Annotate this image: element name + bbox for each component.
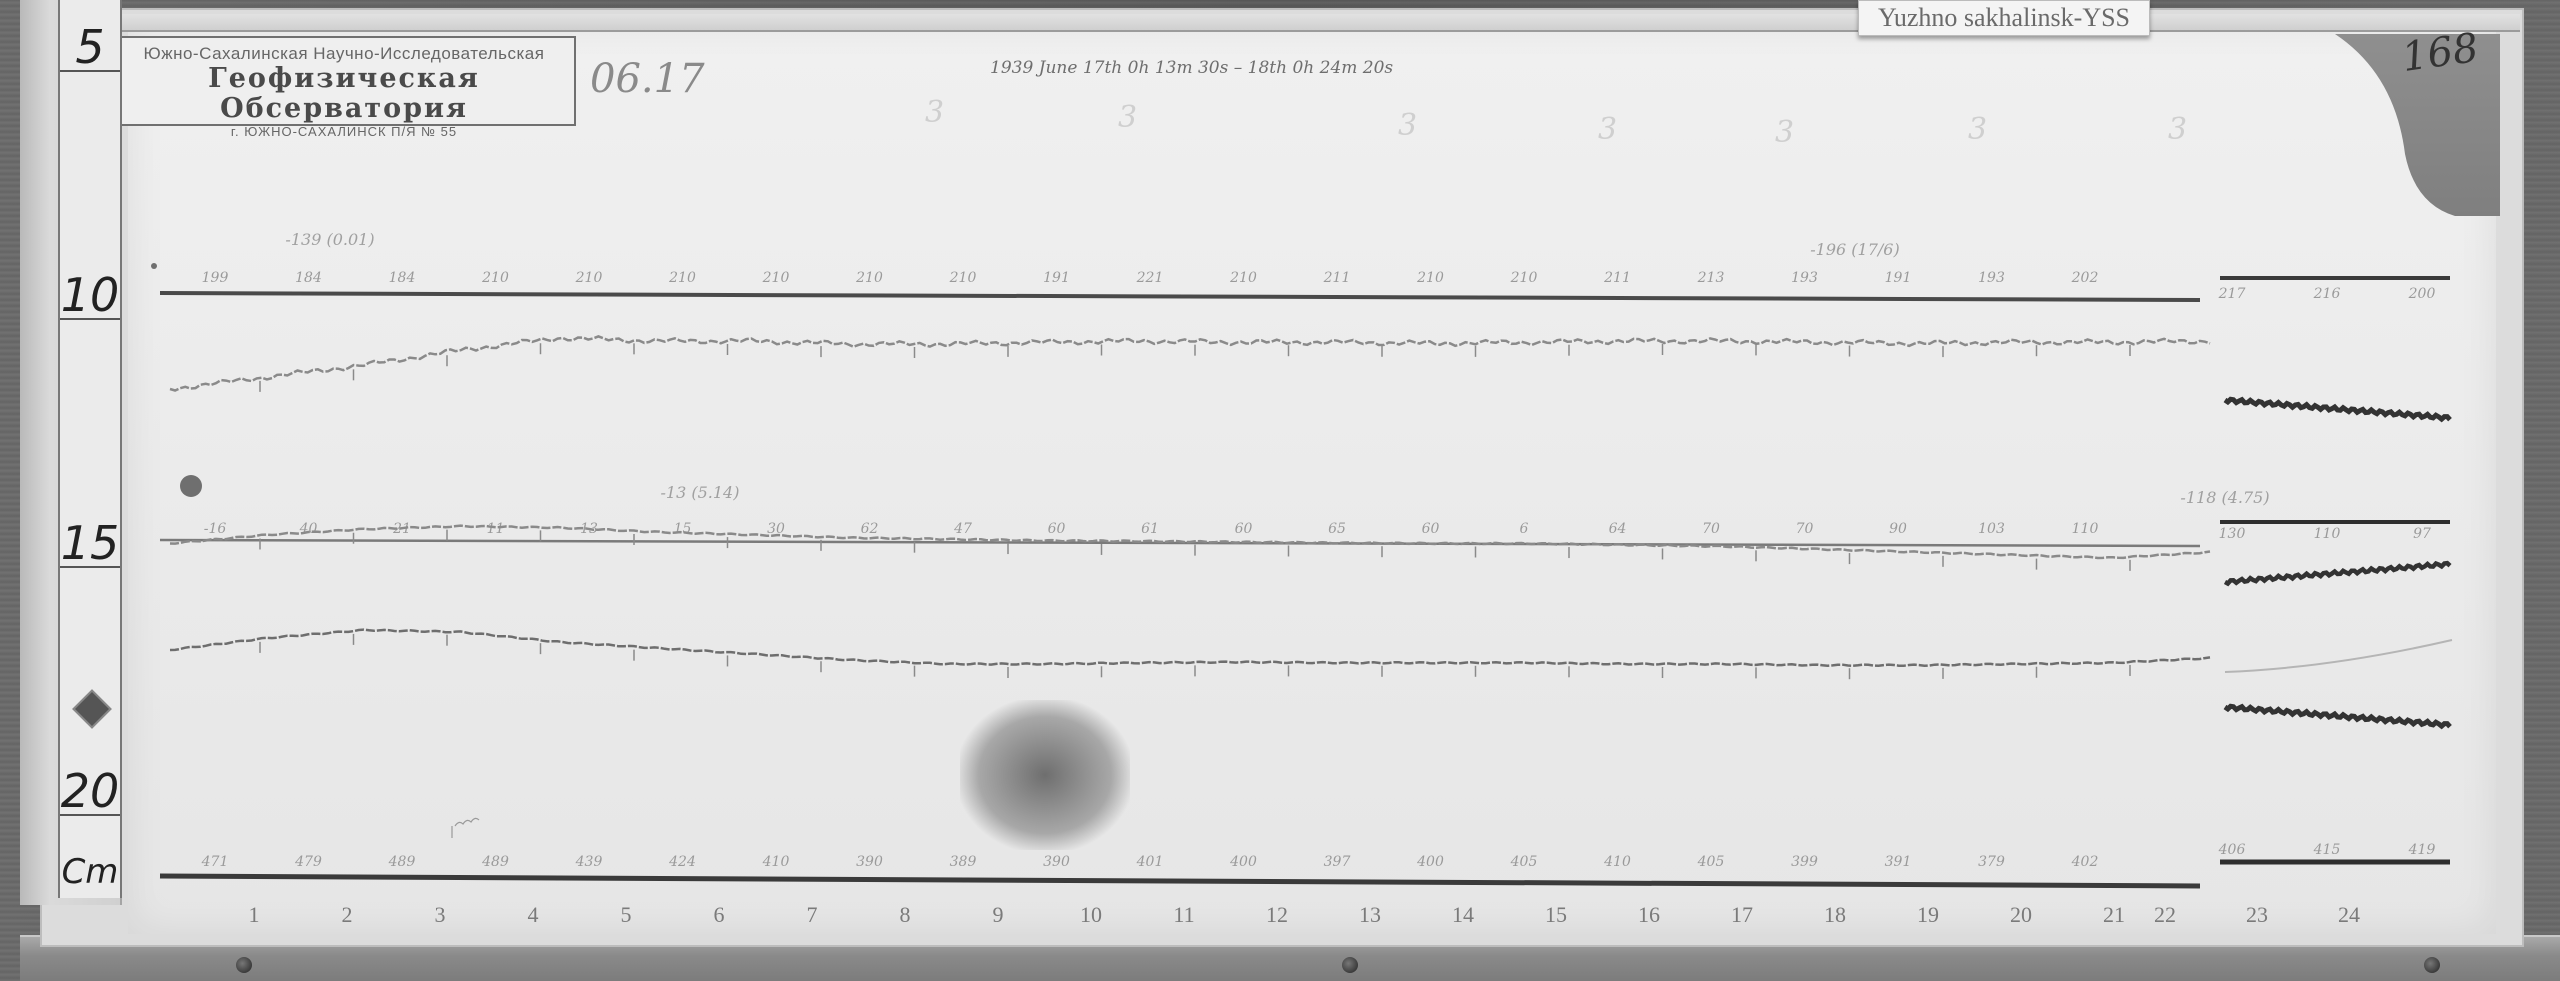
scale-value: 210 [481, 270, 509, 286]
hour-label: 22 [2154, 902, 2176, 927]
scale-value: 439 [575, 854, 603, 870]
scale-value: 479 [294, 854, 322, 870]
scale-value: 210 [1416, 270, 1444, 286]
hour-label: 18 [1824, 902, 1846, 927]
scale-value: 400 [1229, 854, 1257, 870]
scale-value: 216 [2313, 286, 2341, 302]
scale-value: 61 [1141, 521, 1159, 537]
scale-value: 200 [2408, 286, 2436, 302]
scale-value: 399 [1791, 854, 1818, 870]
scale-value: 62 [861, 521, 879, 537]
scale-value: 65 [1328, 521, 1346, 537]
hour-label: 4 [528, 902, 539, 927]
scale-value: 217 [2218, 286, 2246, 302]
scale-value: 6 [1520, 521, 1529, 537]
scale-value: 184 [389, 270, 416, 286]
scale-value: 415 [2313, 842, 2341, 858]
scale-value: 210 [762, 270, 790, 286]
hour-label: 12 [1266, 902, 1288, 927]
scale-value: 47 [953, 521, 972, 537]
baseline-note: -139 (0.01) [285, 230, 374, 249]
hour-label: 24 [2338, 902, 2360, 927]
trace-D [170, 336, 2210, 390]
scale-value: 70 [1796, 521, 1814, 537]
hour-label: 6 [714, 902, 725, 927]
scale-value: 40 [299, 521, 318, 537]
scale-value: 130 [2219, 526, 2246, 542]
scale-value: 221 [1136, 270, 1164, 286]
scale-value: 424 [668, 854, 696, 870]
scale-value: 405 [1510, 854, 1538, 870]
baseline-note: -118 (4.75) [2180, 488, 2269, 507]
scale-value: 400 [1416, 854, 1444, 870]
magnetogram-chart: 1991841842102102102102102101912212102112… [0, 0, 2560, 981]
scale-value: 210 [855, 270, 883, 286]
scale-value: 402 [2071, 854, 2099, 870]
hour-label: 21 [2103, 902, 2125, 927]
baseline-1 [160, 293, 2200, 300]
scale-value: 489 [481, 854, 509, 870]
hour-label: 23 [2246, 902, 2268, 927]
scale-value: 390 [1043, 854, 1070, 870]
ruler-mark-15: 15 [60, 320, 120, 568]
scale-value: 103 [1978, 521, 2005, 537]
scale-value: 489 [388, 854, 416, 870]
hour-label: 2 [342, 902, 353, 927]
trace-Z [170, 630, 2210, 666]
scale-value: 379 [1978, 854, 2005, 870]
scale-value: 60 [1048, 521, 1066, 537]
scale-value: 210 [575, 270, 603, 286]
trace-Z-secondary [2225, 706, 2450, 726]
scale-value: 471 [201, 854, 229, 870]
hour-label: 5 [621, 902, 632, 927]
scale-value: 397 [1324, 854, 1351, 870]
scale-value: 60 [1422, 521, 1440, 537]
scale-value: 202 [2071, 270, 2099, 286]
scale-value: 391 [1885, 854, 1912, 870]
hour-label: 15 [1545, 902, 1567, 927]
scale-value: 97 [2413, 526, 2431, 542]
hour-label: 16 [1638, 902, 1660, 927]
scale-value: 211 [1603, 270, 1631, 286]
hour-label: 3 [435, 902, 446, 927]
scale-value: 390 [856, 854, 883, 870]
ruler-unit: Cm [60, 848, 120, 896]
centimeter-ruler: 5 10 15 20 Cm [20, 0, 122, 905]
hour-label: 19 [1917, 902, 1939, 927]
faint-trace [2225, 640, 2452, 672]
scale-value: 210 [1229, 270, 1257, 286]
hour-label: 7 [807, 902, 818, 927]
scale-value: 193 [1791, 270, 1818, 286]
scale-value: 191 [1885, 270, 1912, 286]
trace-D-secondary [2225, 399, 2450, 419]
ruler-strip: 5 10 15 20 Cm [58, 0, 122, 898]
hour-label: 9 [993, 902, 1004, 927]
scale-value: 405 [1697, 854, 1725, 870]
hour-label: 14 [1452, 902, 1474, 927]
scale-value: 211 [1323, 270, 1351, 286]
scale-value: 401 [1136, 854, 1164, 870]
scale-value: 199 [202, 270, 229, 286]
hour-label: 1 [249, 902, 260, 927]
scale-value: 210 [949, 270, 977, 286]
scale-value: 90 [1889, 521, 1907, 537]
scale-value: 15 [674, 521, 692, 537]
hour-label: 17 [1731, 902, 1753, 927]
baseline-note: -196 (17/6) [1810, 240, 1899, 259]
ruler-mark-5: 5 [60, 0, 120, 72]
hour-label: 13 [1359, 902, 1381, 927]
hour-label: 10 [1080, 902, 1102, 927]
trace-H-secondary [2225, 563, 2450, 583]
scale-value: 191 [1043, 270, 1070, 286]
scale-value: 11 [487, 521, 505, 537]
baseline-3 [160, 876, 2200, 886]
scale-value: 210 [668, 270, 696, 286]
scale-value: 184 [295, 270, 322, 286]
scale-value: 110 [2072, 521, 2099, 537]
scale-value: 410 [762, 854, 790, 870]
scale-value: 210 [1510, 270, 1538, 286]
baseline-note: -13 (5.14) [661, 483, 740, 502]
scale-value: 389 [950, 854, 977, 870]
hour-label: 20 [2010, 902, 2032, 927]
scale-value: 60 [1235, 521, 1253, 537]
scale-value: 419 [2408, 842, 2436, 858]
scale-value: 410 [1603, 854, 1631, 870]
ruler-mark-10: 10 [60, 72, 120, 320]
scale-value: 406 [2218, 842, 2246, 858]
scale-value: 110 [2314, 526, 2341, 542]
hour-label: 11 [1173, 902, 1194, 927]
handwritten-scribble [452, 818, 479, 838]
scale-value: -16 [204, 521, 227, 537]
hour-label: 8 [900, 902, 911, 927]
scale-value: 70 [1702, 521, 1720, 537]
scale-value: 193 [1978, 270, 2005, 286]
scale-value: 64 [1609, 521, 1627, 537]
scale-value: 213 [1697, 270, 1725, 286]
